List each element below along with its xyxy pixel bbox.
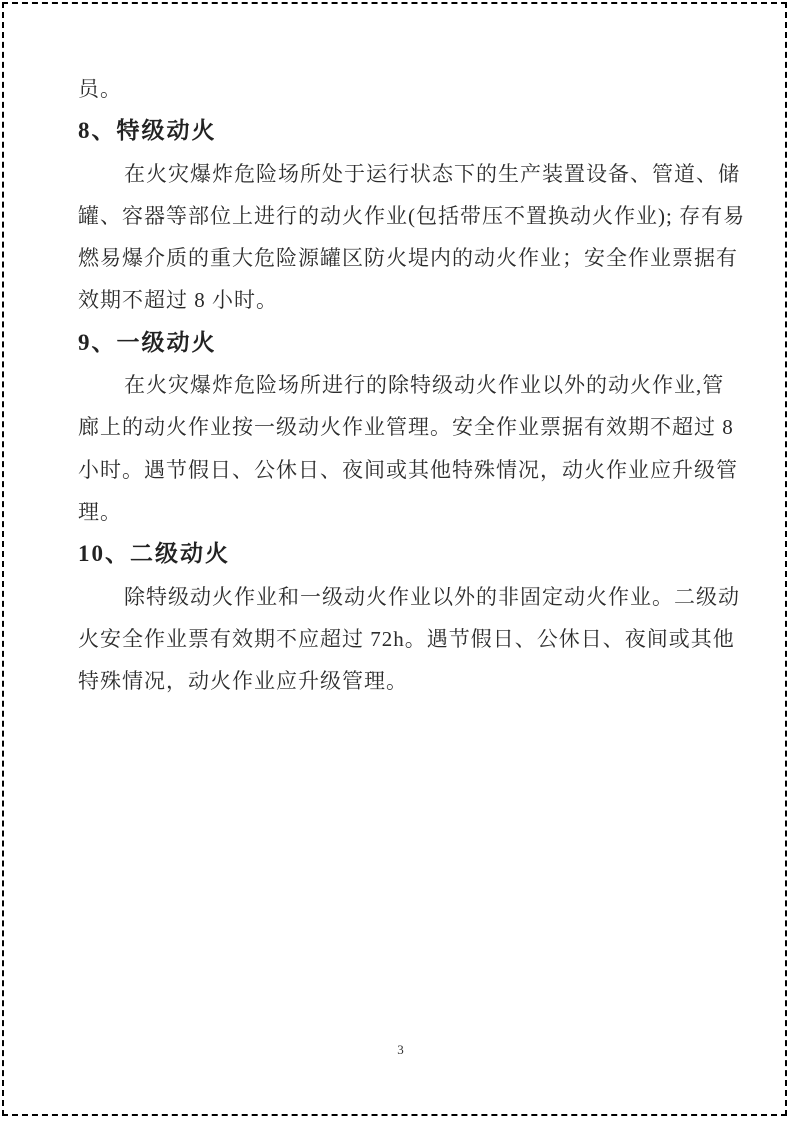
page-number: 3 bbox=[4, 1042, 793, 1058]
paragraph-line: 在火灾爆炸危险场所处于运行状态下的生产装置设备、管道、储 bbox=[78, 153, 723, 195]
section-heading-level2-hotwork: 10、二级动火 bbox=[78, 533, 723, 575]
paragraph-line: 理。 bbox=[78, 491, 723, 533]
paragraph-line: 小时。遇节假日、公休日、夜间或其他特殊情况，动火作业应升级管 bbox=[78, 449, 723, 491]
paragraph-line: 特殊情况，动火作业应升级管理。 bbox=[78, 660, 723, 702]
paragraph-line: 在火灾爆炸危险场所进行的除特级动火作业以外的动火作业,管 bbox=[78, 364, 723, 406]
paragraph-line: 罐、容器等部位上进行的动火作业(包括带压不置换动火作业); 存有易 bbox=[78, 195, 723, 237]
document-body: 员。 8、特级动火 在火灾爆炸危险场所处于运行状态下的生产装置设备、管道、储 罐… bbox=[78, 68, 723, 702]
paragraph-line: 廊上的动火作业按一级动火作业管理。安全作业票据有效期不超过 8 bbox=[78, 406, 723, 448]
paragraph-line: 除特级动火作业和一级动火作业以外的非固定动火作业。二级动 bbox=[78, 576, 723, 618]
document-page: 员。 8、特级动火 在火灾爆炸危险场所处于运行状态下的生产装置设备、管道、储 罐… bbox=[2, 2, 787, 1116]
paragraph-line: 员。 bbox=[78, 68, 723, 110]
paragraph-line: 燃易爆介质的重大危险源罐区防火堤内的动火作业；安全作业票据有 bbox=[78, 237, 723, 279]
section-heading-special-hotwork: 8、特级动火 bbox=[78, 110, 723, 152]
section-heading-level1-hotwork: 9、一级动火 bbox=[78, 322, 723, 364]
paragraph-line: 火安全作业票有效期不应超过 72h。遇节假日、公休日、夜间或其他 bbox=[78, 618, 723, 660]
paragraph-line: 效期不超过 8 小时。 bbox=[78, 279, 723, 321]
